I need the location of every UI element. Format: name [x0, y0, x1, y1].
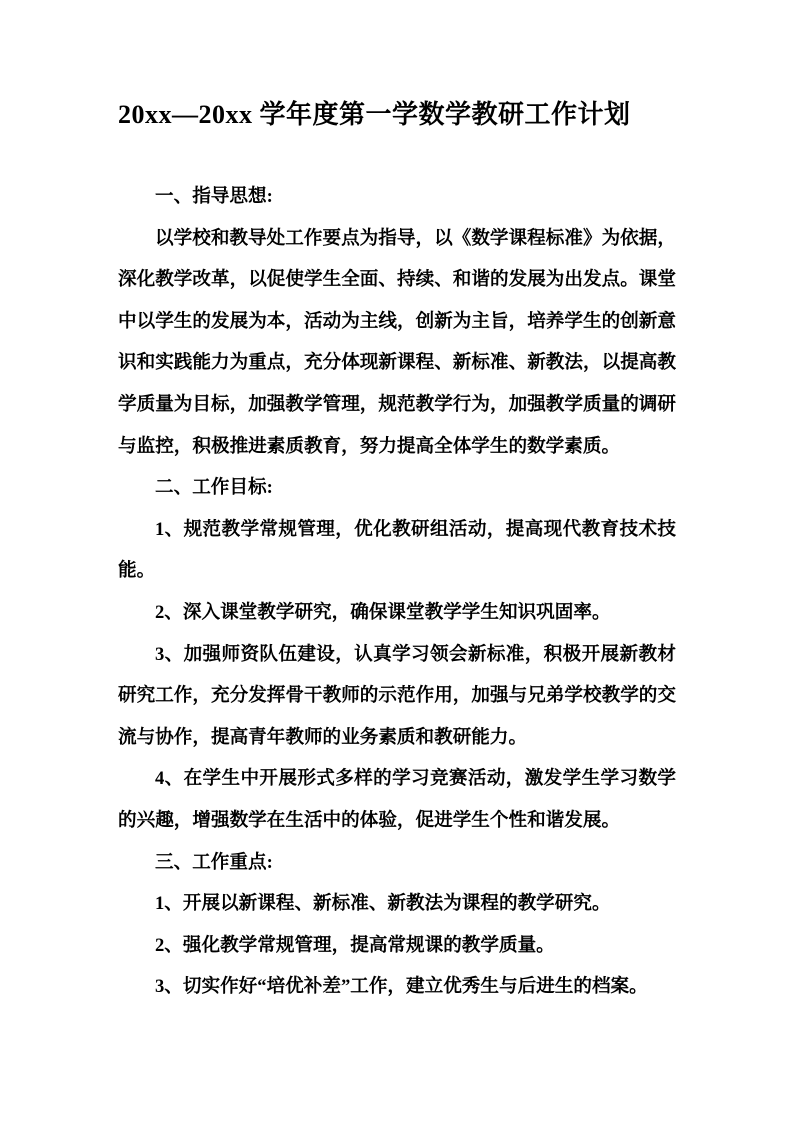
text-line: 能。: [118, 550, 676, 592]
document-title: 20xx—20xx 学年度第一学数学教研工作计划: [118, 96, 676, 134]
document-body: 一、指导思想:以学校和教导处工作要点为指导，以《数学课程标准》为依据，深化教学改…: [118, 176, 676, 1008]
text-line: 三、工作重点:: [118, 842, 676, 884]
text-line: 以学校和教导处工作要点为指导，以《数学课程标准》为依据，: [118, 218, 676, 260]
text-line: 与监控，积极推进素质教育，努力提高全体学生的数学素质。: [118, 426, 676, 468]
text-line: 2、强化教学常规管理，提高常规课的教学质量。: [118, 925, 676, 967]
text-line: 1、开展以新课程、新标准、新教法为课程的教学研究。: [118, 883, 676, 925]
text-line: 的兴趣，增强数学在生活中的体验，促进学生个性和谐发展。: [118, 800, 676, 842]
text-line: 学质量为目标，加强教学管理，规范教学行为，加强教学质量的调研: [118, 384, 676, 426]
text-line: 1、规范教学常规管理，优化教研组活动，提高现代教育技术技: [118, 509, 676, 551]
text-line: 研究工作，充分发挥骨干教师的示范作用，加强与兄弟学校教学的交: [118, 675, 676, 717]
text-line: 中以学生的发展为本，活动为主线，创新为主旨，培养学生的创新意: [118, 301, 676, 343]
text-line: 4、在学生中开展形式多样的学习竞赛活动，激发学生学习数学: [118, 758, 676, 800]
text-line: 3、切实作好“培优补差”工作，建立优秀生与后进生的档案。: [118, 966, 676, 1008]
text-line: 3、加强师资队伍建设，认真学习领会新标准，积极开展新教材: [118, 634, 676, 676]
text-line: 2、深入课堂教学研究，确保课堂教学学生知识巩固率。: [118, 592, 676, 634]
text-line: 一、指导思想:: [118, 176, 676, 218]
text-line: 流与协作，提高青年教师的业务素质和教研能力。: [118, 717, 676, 759]
text-line: 识和实践能力为重点，充分体现新课程、新标准、新教法，以提高教: [118, 342, 676, 384]
text-line: 深化教学改革，以促使学生全面、持续、和谐的发展为出发点。课堂: [118, 259, 676, 301]
text-line: 二、工作目标:: [118, 467, 676, 509]
document-page: 20xx—20xx 学年度第一学数学教研工作计划 一、指导思想:以学校和教导处工…: [0, 0, 793, 1122]
